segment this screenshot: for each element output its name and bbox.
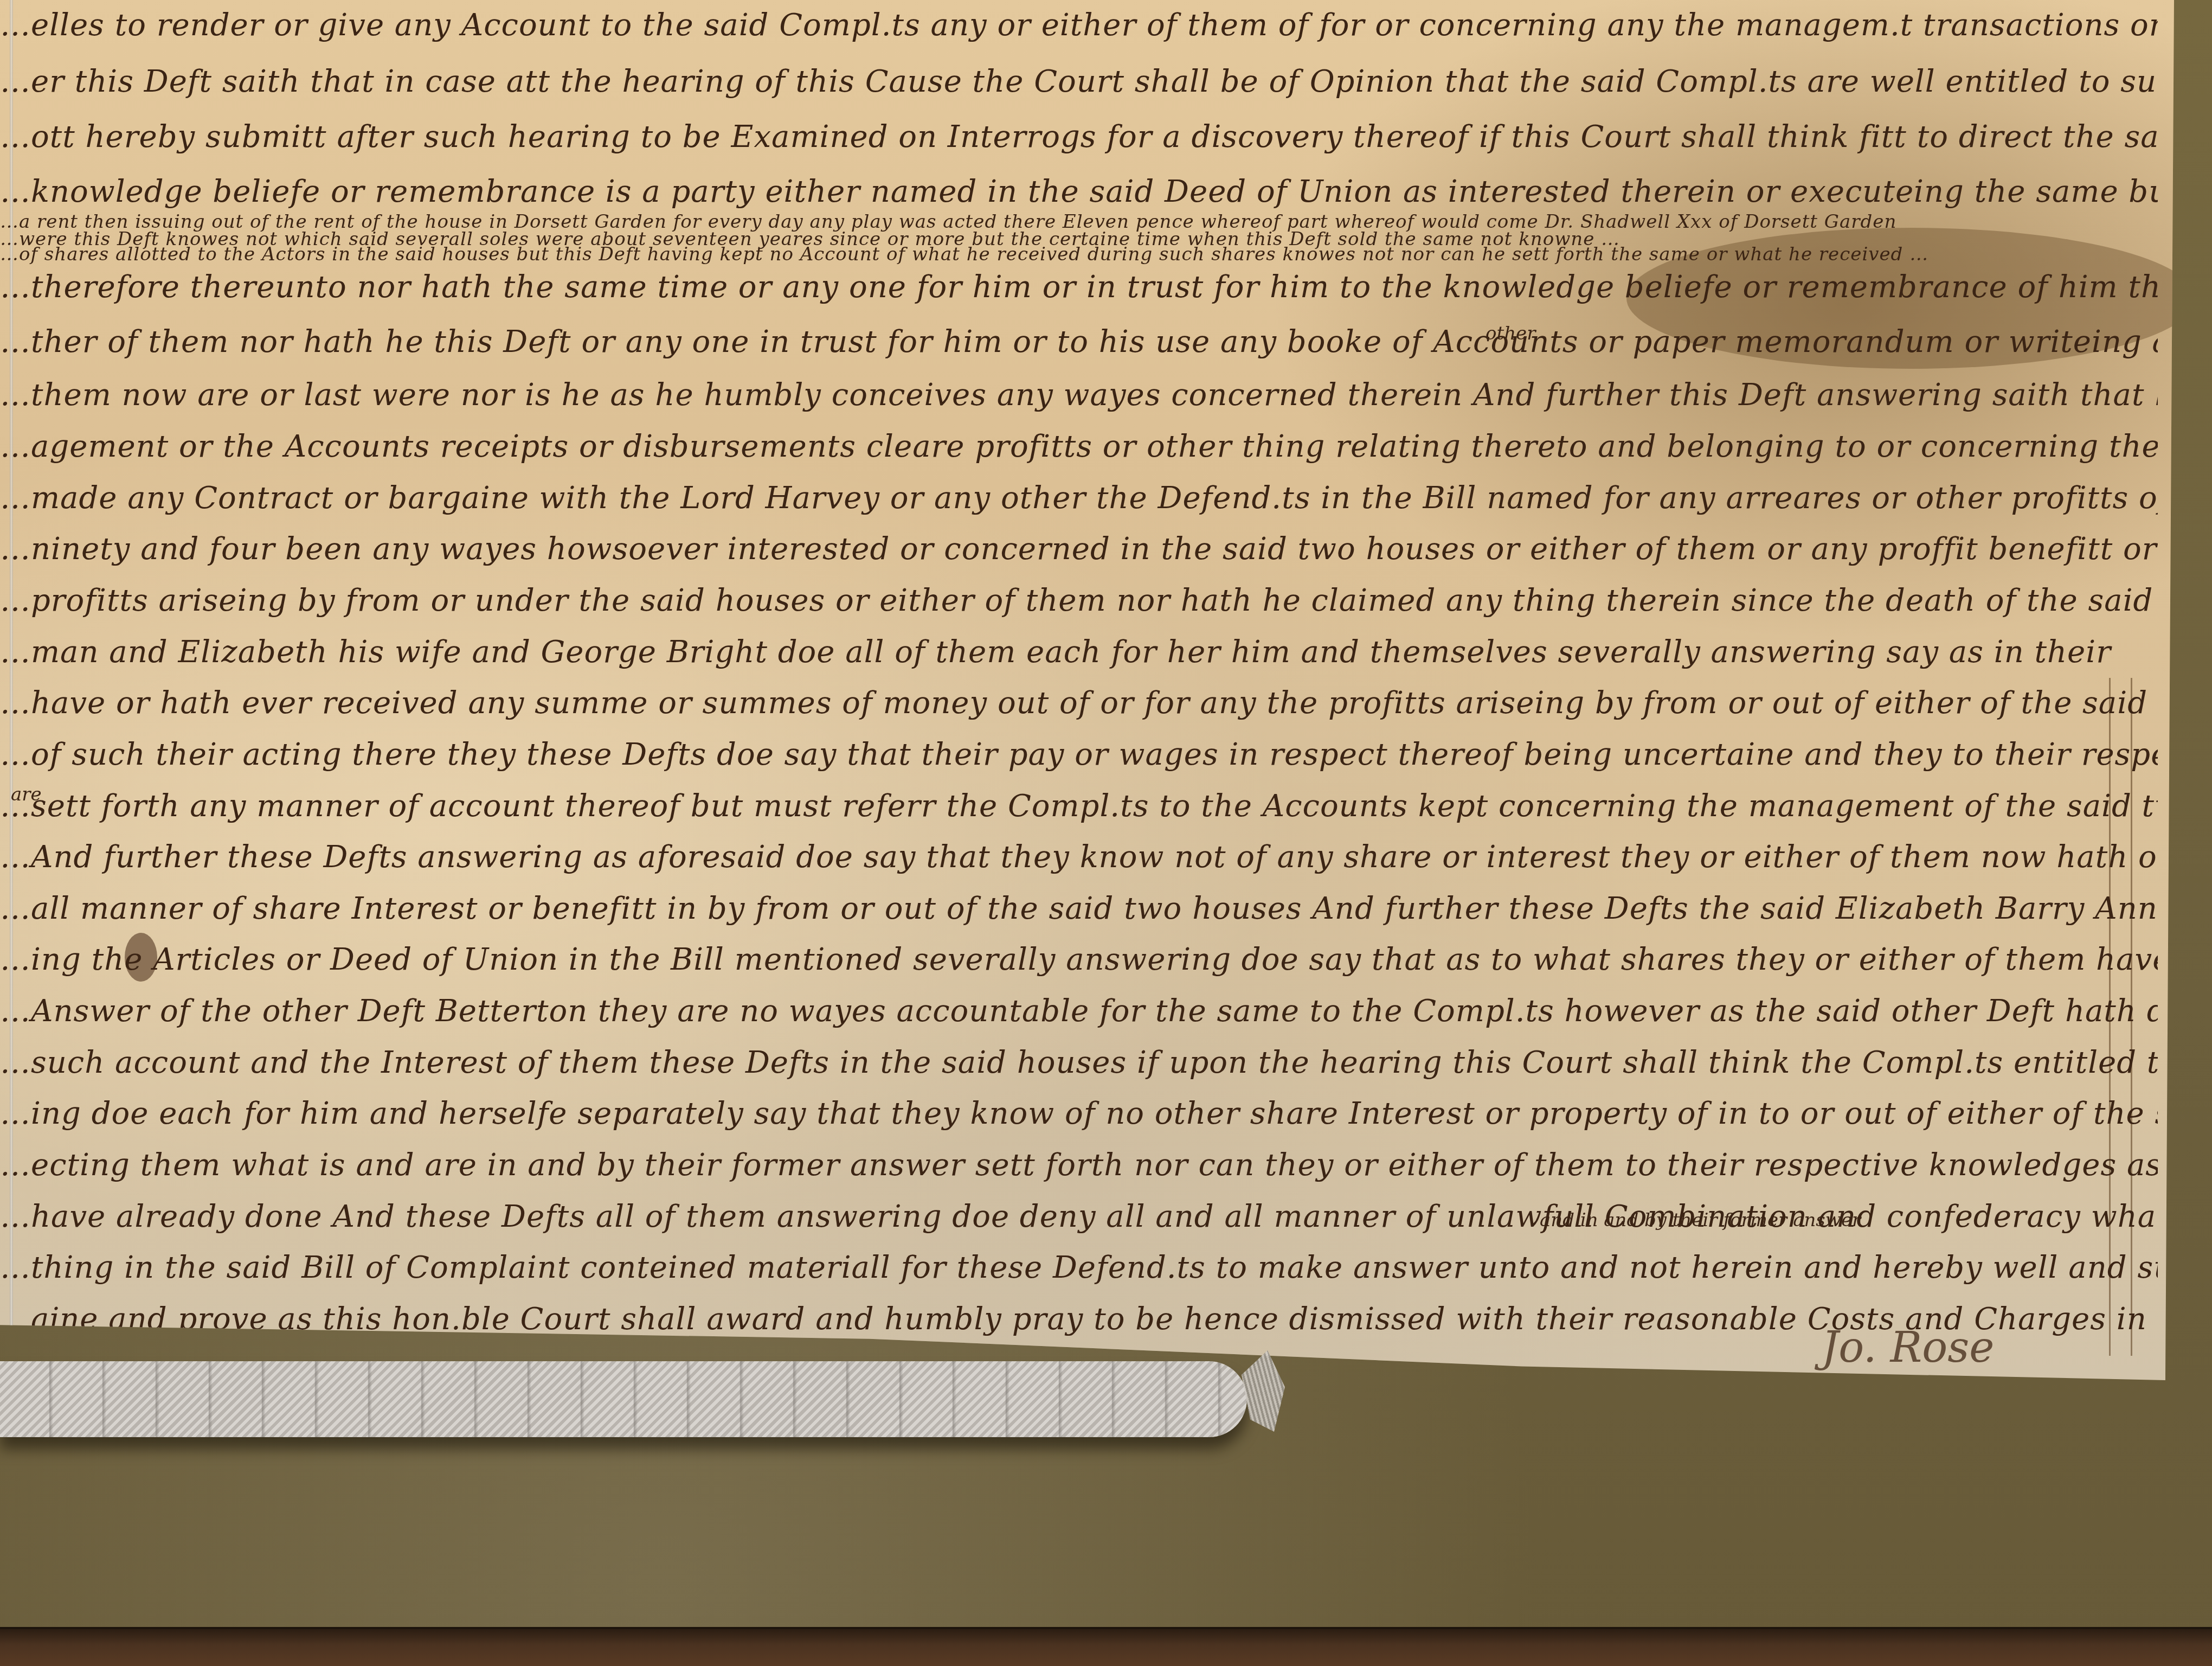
manuscript-line: …elles to render or give any Account to … [0,8,2158,43]
manuscript-line: …have or hath ever received any summe or… [0,685,2158,721]
manuscript-line: …profitts ariseing by from or under the … [0,583,2158,618]
manuscript-line: …ecting them what is and are in and by t… [0,1148,2158,1183]
manuscript-line: …man and Elizabeth his wife and George B… [0,635,2158,670]
manuscript-line: …made any Contract or bargaine with the … [0,480,2158,516]
woven-cord [0,1361,1247,1437]
manuscript-line: …such account and the Interest of them t… [0,1045,2158,1080]
manuscript-line: …ing doe each for him and herselfe separ… [0,1096,2158,1131]
manuscript-line: …all manner of share Interest or benefit… [0,891,2158,926]
manuscript-line: …er this Deft saith that in case att the… [0,64,2158,99]
interlinear-insertion: and in and by their former answer [1540,1209,1861,1231]
interlinear-insertion: other [1486,323,1535,344]
manuscript-line: …ninety and four been any wayes howsoeve… [0,531,2158,567]
manuscript-line: …of such their acting there they these D… [0,737,2158,772]
manuscript-line: …them now are or last were nor is he as … [0,377,2158,413]
manuscript-line: …of shares allotted to the Actors in the… [0,244,2158,265]
manuscript-line: …ing the Articles or Deed of Union in th… [0,942,2158,977]
manuscript-line: …ther of them nor hath he this Deft or a… [0,324,2158,360]
signature: Jo. Rose [1822,1323,1994,1372]
manuscript-line: …thing in the said Bill of Complaint con… [0,1250,2158,1285]
manuscript-line: …sett forth any manner of account thereo… [0,789,2158,824]
manuscript-line: …therefore thereunto nor hath the same t… [0,270,2158,305]
interlinear-insertion: are [11,784,42,805]
manuscript-line: …ott hereby submitt after such hearing t… [0,119,2158,155]
manuscript-line: …agement or the Accounts receipts or dis… [0,429,2158,464]
parchment-document: …elles to render or give any Account to … [0,0,2174,1380]
manuscript-line: …And further these Defts answering as af… [0,840,2158,875]
manuscript-line: …Answer of the other Deft Betterton they… [0,994,2158,1029]
manuscript-line: …knowledge beliefe or remembrance is a p… [0,174,2158,209]
wooden-table-edge [0,1627,2212,1666]
